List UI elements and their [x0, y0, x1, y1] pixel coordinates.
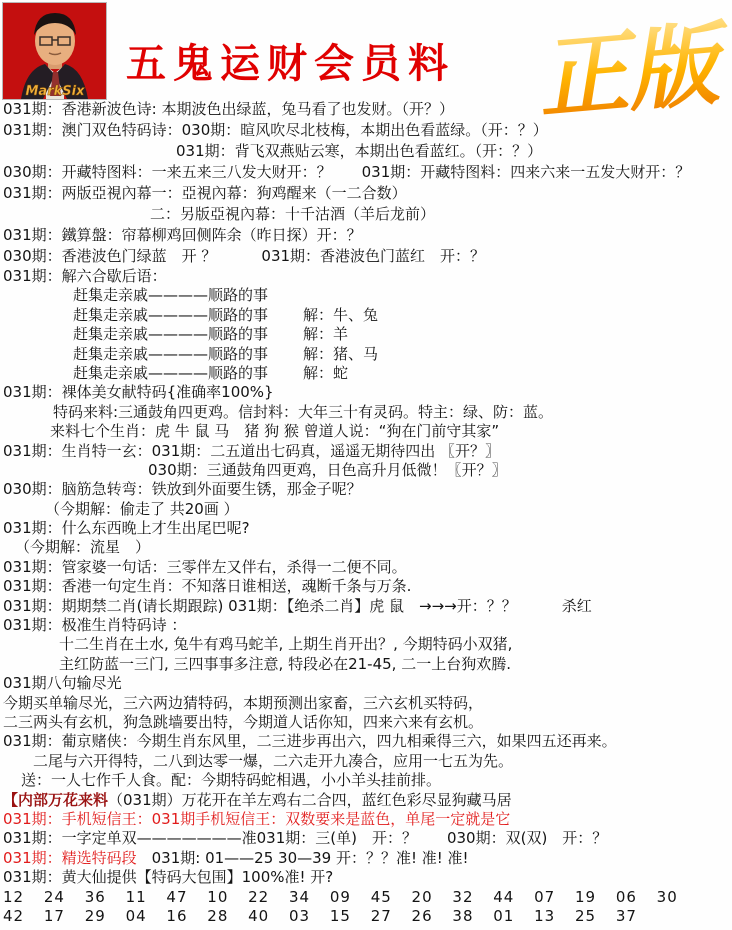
text-line-macau-poem-2: 031期：背飞双燕贴云寒，本期出色看蓝红。（开：？） [3, 141, 730, 162]
riddle-answer: 解：蛇 [303, 364, 348, 382]
riddle-line: 赶集走亲戚————顺路的事解：羊 [3, 325, 730, 344]
code-range-text: 031期: 01——25 30—39 开：？？准! 准! 准! [137, 849, 469, 867]
riddle-text: 赶集走亲戚————顺路的事 [73, 306, 303, 325]
text-line-atv-inside-1: 031期：两版亞視內幕一：亞視內幕：狗鸡醒来（一二合数） [3, 183, 730, 204]
tipster-portrait-graphic: MarkSix [3, 3, 106, 99]
tipster-photo: MarkSix [2, 2, 107, 100]
number-row-1: 12 24 36 11 47 10 22 34 09 45 20 32 44 0… [3, 888, 730, 907]
inner-flower-text: （031期）万花开在羊左鸡右二合四，蓝红色彩尽显狗藏马居 [108, 791, 512, 809]
text-line-riddle-header: 031期：解六合歇后语： [3, 267, 730, 286]
text-line-wave-gate: 030期：香港波色门绿蓝 开 ？ 031期：香港波色门蓝红 开：？ [3, 246, 730, 267]
riddle-answer: 解：牛、兔 [303, 306, 378, 324]
text-line-code-material: 特码来料:三通鼓角四更鸡。信封料：大年三十有灵码。特主：绿、防：蓝。 [3, 403, 730, 422]
number-row-2: 42 17 29 04 16 28 40 03 15 27 26 38 01 1… [3, 907, 730, 926]
text-line-wong-tai-sin: 031期：黄大仙提供【特码大包围】100%准! 开? [3, 868, 730, 887]
text-line-gambler-2: 二尾与六开得特，二八到达零一爆，二六走开九凑合，应用一七五为先。 [3, 752, 730, 771]
text-line-hk-one-sentence: 031期：香港一句定生肖：不知落日谁相送，魂断千条与万条. [3, 577, 730, 596]
text-line-zodiac-poem-2: 主红防蓝一三门, 三四事事多注意, 特段必在21-45, 二一上台狗欢腾. [3, 655, 730, 674]
inner-flower-label: 【内部万花来料 [3, 791, 108, 809]
text-line-housekeeper: 031期：管家婆一句话：三零伴左又伴右，杀得一二便不同。 [3, 558, 730, 577]
text-line-iron-abacus: 031期：鐵算盤：帘幕柳鸡回侧阵余（昨日探）开：？ [3, 225, 730, 246]
riddle-text: 赶集走亲戚————顺路的事 [73, 364, 303, 383]
text-line-teaser-2: 031期：什么东西晚上才生出尾巴呢? [3, 519, 730, 538]
code-range-label: 031期：精选特码段 [3, 849, 137, 867]
riddle-text: 赶集走亲戚————顺路的事 [73, 325, 303, 344]
text-line-seven-zodiac: 来料七个生肖：虎 牛 鼠 马 猪 狗 猴 曾道人说：“狗在门前守其家” [3, 422, 730, 441]
svg-text:MarkSix: MarkSix [26, 84, 86, 99]
text-line-gambler-1: 031期：葡京赌侠：今期生肖东风里，二三进步再出六，四九相乘得三六，如果四五还再… [3, 732, 730, 751]
text-line-hk-wave-poem: 031期：香港新波色诗: 本期波色出绿蓝，兔马看了也发财。（开？） [3, 99, 730, 120]
text-line-beauty-code: 031期：裸体美女献特码{准确率100%} [3, 383, 730, 402]
text-line-banned-zodiac: 031期：期期禁二肖(请长期跟踪) 031期：【绝杀二肖】虎 鼠 →→→开：？？… [3, 597, 730, 616]
text-line-odd-even: 031期：一字定单双———————准031期：三(单) 开：？ 030期：双(双… [3, 829, 730, 848]
text-line-zodiac-poem-1: 十二生肖在土水, 兔牛有鸡马蛇羊, 上期生肖开出？, 今期特码小双猪, [3, 635, 730, 654]
text-line-macau-poem: 031期：澳门双色特码诗：030期：暄风吹尽北枝梅，本期出色看蓝绿。（开：？） [3, 120, 730, 141]
text-line-teaser-answer: （今期解：偷走了 共20画 ） [3, 500, 730, 519]
riddle-line: 赶集走亲戚————顺路的事解：猪、马 [3, 345, 730, 364]
riddle-line: 赶集走亲戚————顺路的事 [3, 286, 730, 305]
riddle-line: 赶集走亲戚————顺路的事解：蛇 [3, 364, 730, 383]
riddle-answer: 解：羊 [303, 325, 348, 343]
text-line-teaser-2-answer: （今期解：流星 ） [3, 538, 730, 557]
text-line-brain-teaser: 030期：脑筋急转弯：铁放到外面要生锈，那金子呢？ [3, 480, 730, 499]
tips-text-block: 031期：香港新波色诗: 本期波色出绿蓝，兔马看了也发财。（开？） 031期：澳… [3, 99, 730, 926]
riddle-text: 赶集走亲戚————顺路的事 [73, 345, 303, 364]
text-line-code-range: 031期：精选特码段 031期: 01——25 30—39 开：？？准! 准! … [3, 849, 730, 868]
text-line-zodiac-poem-header: 031期：极准生肖特码诗 ： [3, 616, 730, 635]
riddle-line: 赶集走亲戚————顺路的事解：牛、兔 [3, 306, 730, 325]
text-line-eight-2: 二三两头有玄机，狗急跳墙要出特，今期道人话你知，四来六来有玄机。 [3, 713, 730, 732]
riddle-answer: 解：猪、马 [303, 345, 378, 363]
text-line-atv-inside-2: 二：另版亞視內幕：十千沽酒（羊后龙前） [3, 204, 730, 225]
text-line-eight-header: 031期八句输尽光 [3, 674, 730, 693]
page-title: 五鬼运财会员料 [126, 32, 455, 89]
text-line-hidden-chart: 030期：开藏特图料：一来五来三八发大财开：？ 031期：开藏特图料：四来六来一… [3, 162, 730, 183]
text-line-sms-king: 031期：手机短信王：031期手机短信王：双数要来是蓝色，单尾一定就是它 [3, 810, 730, 829]
text-line-zodiac-mystery-2: 030期：三通鼓角四更鸡，日色高升月低微！〖开？〗 [3, 461, 730, 480]
riddle-text: 赶集走亲戚————顺路的事 [73, 286, 303, 305]
text-line-gambler-3: 送：一人七作千人食。配：今期特码蛇相遇，小小羊头挂前排。 [3, 771, 730, 790]
text-line-eight-1: 今期买单输尽光，三六两边猜特码，本期预测出家畜，三六玄机买特码， [3, 694, 730, 713]
text-line-inner-flower: 【内部万花来料（031期）万花开在羊左鸡右二合四，蓝红色彩尽显狗藏马居 [3, 791, 730, 810]
text-line-zodiac-mystery-1: 031期：生肖特一玄：031期：二五道出七码真，遥遥无期待四出 〖开？〗 [3, 442, 730, 461]
